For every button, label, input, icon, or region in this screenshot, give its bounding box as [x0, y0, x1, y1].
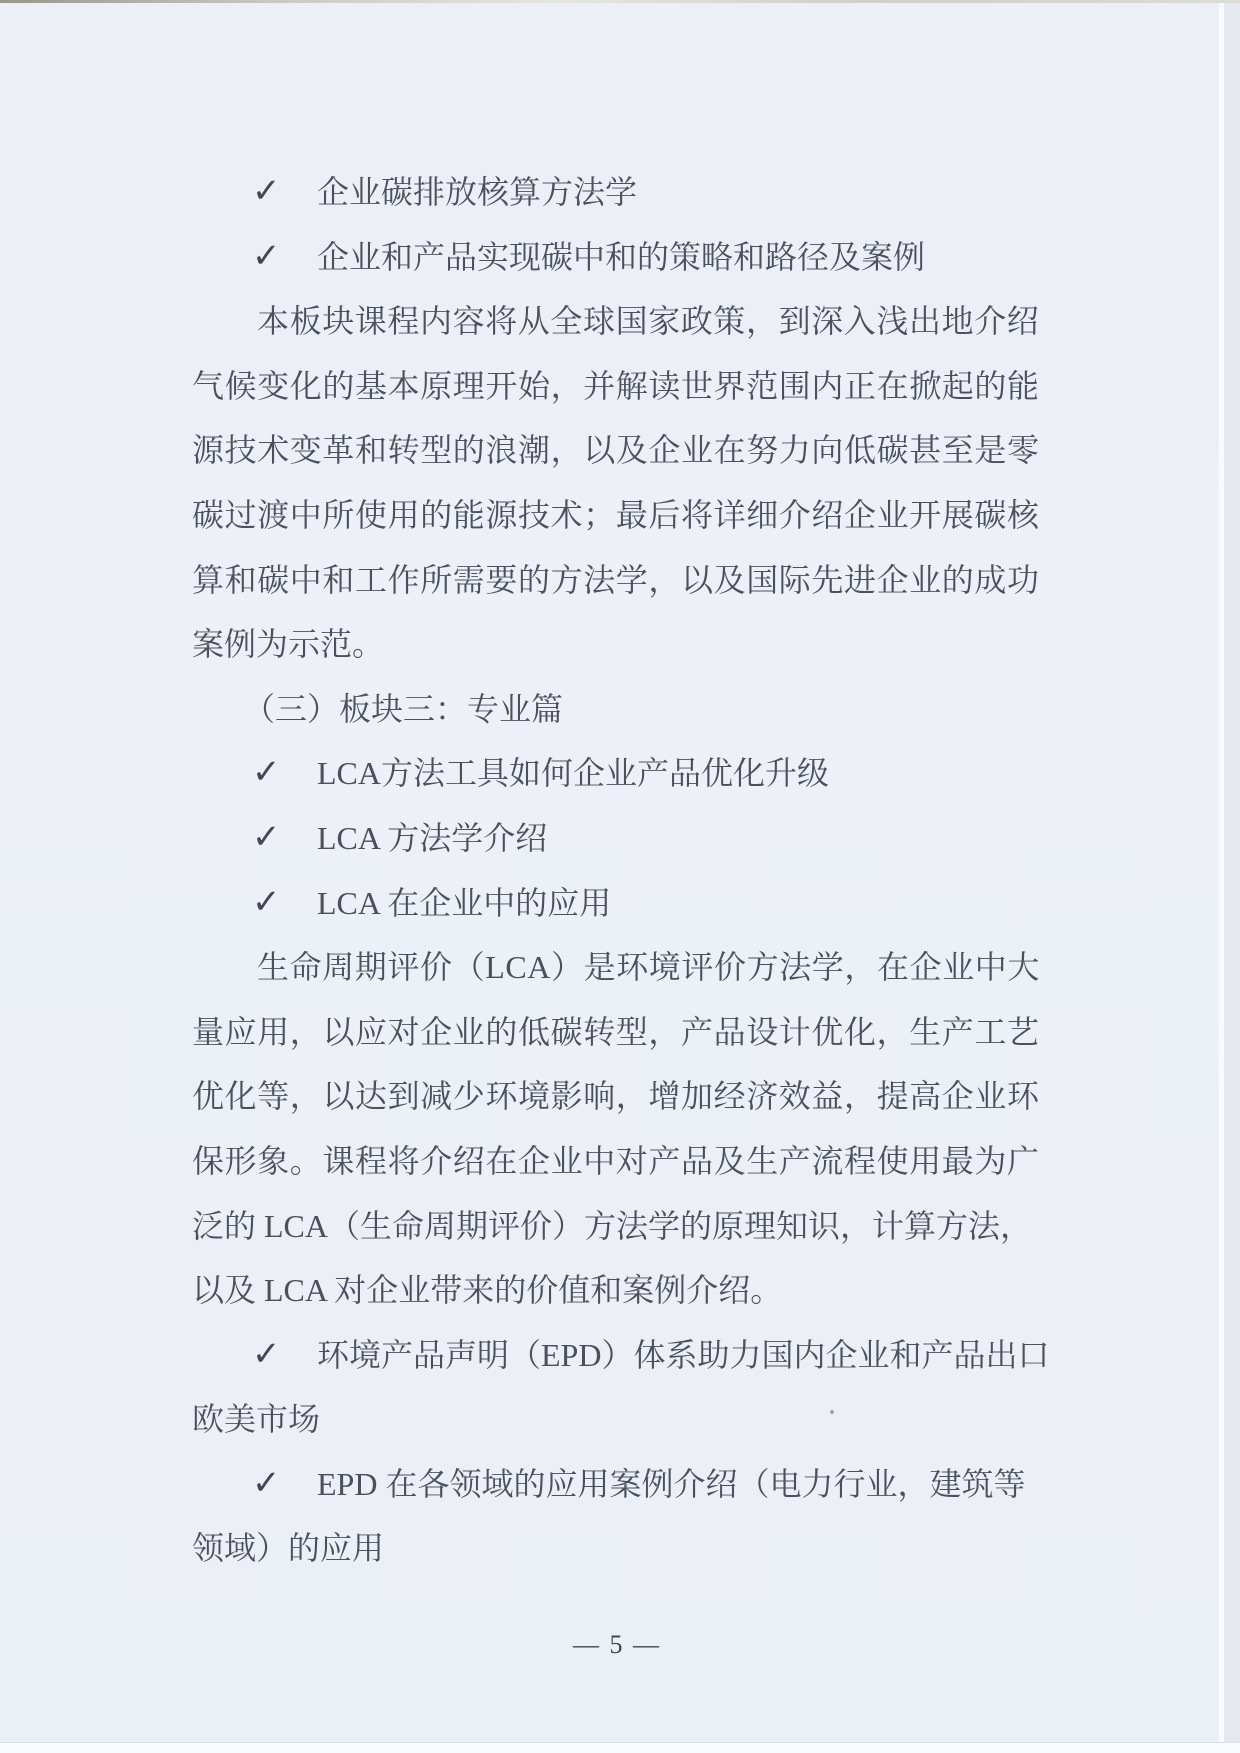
- paragraph-line: 本板块课程内容将从全球国家政策，到深入浅出地介绍: [192, 289, 1042, 354]
- bullet-text: LCA方法工具如何企业产品优化升级: [317, 755, 829, 791]
- page-number: — 5 —: [192, 1630, 1042, 1660]
- checkmark-icon: ✓: [252, 1452, 281, 1517]
- checkmark-icon: ✓: [252, 871, 281, 936]
- bullet-text: LCA 在企业中的应用: [317, 885, 611, 921]
- bullet-text: EPD 在各领域的应用案例介绍（电力行业，建筑等: [317, 1466, 1025, 1502]
- bullet-item: ✓ LCA 在企业中的应用: [192, 871, 1042, 936]
- scan-top-edge: [0, 0, 1240, 3]
- checkmark-icon: ✓: [252, 225, 281, 290]
- bullet-text: LCA 方法学介绍: [317, 820, 547, 856]
- bullet-item: ✓ 环境产品声明（EPD）体系助力国内企业和产品出口: [192, 1323, 1042, 1388]
- paragraph-line: 量应用，以应对企业的低碳转型，产品设计优化，生产工艺: [192, 1000, 1042, 1065]
- paragraph-line: 气候变化的基本原理开始，并解读世界范围内正在掀起的能: [192, 354, 1042, 419]
- scan-bottom-edge: [0, 1742, 1240, 1753]
- scan-right-edge-shade: [1224, 3, 1240, 1742]
- bullet-item: ✓ 企业碳排放核算方法学: [192, 160, 1042, 225]
- paragraph-line: 生命周期评价（LCA）是环境评价方法学，在企业中大: [192, 935, 1042, 1000]
- document-text-block: ✓ 企业碳排放核算方法学 ✓ 企业和产品实现碳中和的策略和路径及案例 本板块课程…: [192, 160, 1042, 1581]
- paragraph-line: 领域）的应用: [192, 1516, 1042, 1581]
- paragraph-line: 优化等，以达到减少环境影响，增加经济效益，提高企业环: [192, 1064, 1042, 1129]
- paragraph-line: 碳过渡中所使用的能源技术；最后将详细介绍企业开展碳核: [192, 483, 1042, 548]
- paragraph-line: 算和碳中和工作所需要的方法学，以及国际先进企业的成功: [192, 548, 1042, 613]
- bullet-item: ✓ 企业和产品实现碳中和的策略和路径及案例: [192, 225, 1042, 290]
- section-heading: （三）板块三：专业篇: [192, 677, 1042, 742]
- paragraph-line: 源技术变革和转型的浪潮，以及企业在努力向低碳甚至是零: [192, 418, 1042, 483]
- bullet-item: ✓ EPD 在各领域的应用案例介绍（电力行业，建筑等: [192, 1452, 1042, 1517]
- paragraph-line: 以及 LCA 对企业带来的价值和案例介绍。: [192, 1258, 1042, 1323]
- checkmark-icon: ✓: [252, 741, 281, 806]
- checkmark-icon: ✓: [252, 806, 281, 871]
- paragraph-line: 保形象。课程将介绍在企业中对产品及生产流程使用最为广: [192, 1129, 1042, 1194]
- bullet-item: ✓ LCA方法工具如何企业产品优化升级: [192, 741, 1042, 806]
- paragraph-line: 欧美市场: [192, 1387, 1042, 1452]
- checkmark-icon: ✓: [252, 1323, 281, 1388]
- paragraph-line: 案例为示范。: [192, 612, 1042, 677]
- bullet-text: 企业碳排放核算方法学: [317, 174, 637, 210]
- bullet-text: 企业和产品实现碳中和的策略和路径及案例: [317, 239, 925, 275]
- bullet-item: ✓ LCA 方法学介绍: [192, 806, 1042, 871]
- paragraph-line: 泛的 LCA（生命周期评价）方法学的原理知识，计算方法，: [192, 1194, 1042, 1259]
- bullet-text: 环境产品声明（EPD）体系助力国内企业和产品出口: [317, 1337, 1049, 1373]
- checkmark-icon: ✓: [252, 160, 281, 225]
